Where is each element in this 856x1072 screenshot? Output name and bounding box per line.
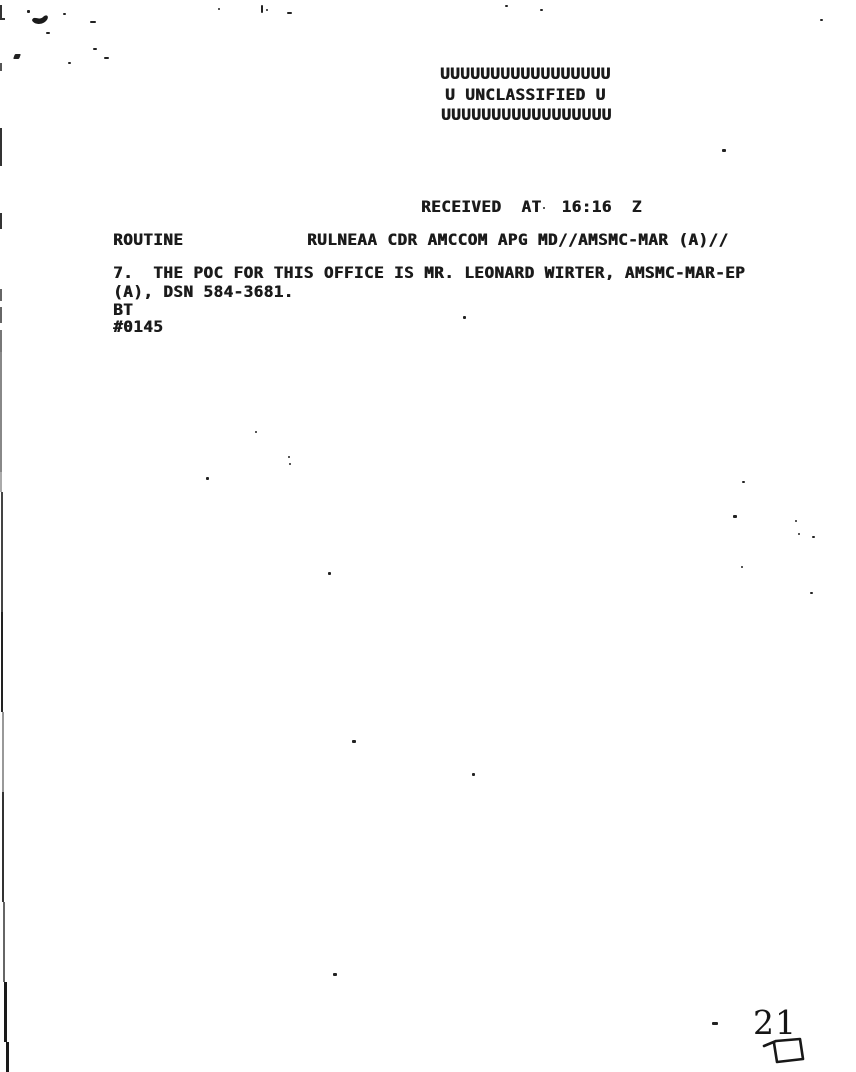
edge-segment <box>0 63 2 71</box>
routing-line: RULNEAA CDR AMCCOM APG MD//AMSMC-MAR (A)… <box>307 230 728 249</box>
scan-speck <box>798 533 800 535</box>
scan-speck <box>289 463 291 465</box>
precedence-label: ROUTINE <box>113 230 183 249</box>
edge-segment <box>0 472 2 492</box>
edge-segment <box>0 330 2 352</box>
scan-speck <box>255 431 257 433</box>
edge-segment <box>3 902 5 982</box>
scan-speck <box>261 5 263 13</box>
scan-speck <box>46 32 50 34</box>
scan-speck <box>13 54 21 59</box>
edge-segment <box>1 492 3 612</box>
scan-speck <box>820 19 823 21</box>
scan-speck <box>68 62 71 64</box>
scanned-document-page: UUUUUUUUUUUUUUUUU U UNCLASSIFIED U UUUUU… <box>0 0 856 1072</box>
scan-speck <box>795 520 797 522</box>
edge-segment <box>0 352 2 472</box>
scan-speck <box>104 57 109 59</box>
scan-speck <box>741 566 743 568</box>
scan-speck <box>27 10 30 13</box>
scan-speck <box>733 515 737 518</box>
scan-speck <box>266 9 268 11</box>
edge-segment <box>4 982 7 1042</box>
scan-speck <box>206 477 209 480</box>
edge-segment <box>6 1042 9 1072</box>
scan-speck <box>333 973 337 976</box>
edge-segment <box>2 712 4 792</box>
handwritten-box-mark <box>755 1030 809 1070</box>
scan-speck <box>287 12 292 14</box>
banner-bottom-row: UUUUUUUUUUUUUUUUU <box>441 105 612 124</box>
scan-speck <box>472 773 475 776</box>
scan-speck <box>742 481 745 483</box>
scan-speck <box>90 21 96 23</box>
scan-speck <box>812 536 815 538</box>
scan-speck <box>722 149 726 152</box>
body-line-2: (A), DSN 584-3681. <box>113 282 294 301</box>
received-timestamp-line: RECEIVED AT 16:16 Z <box>421 197 642 216</box>
banner-classification-text: U UNCLASSIFIED U <box>445 85 606 104</box>
ink-scribble-mark <box>29 11 53 27</box>
edge-segment <box>0 307 2 323</box>
edge-segment <box>2 18 5 20</box>
scan-speck <box>543 207 545 209</box>
scan-speck <box>93 48 97 50</box>
body-line-1: 7. THE POC FOR THIS OFFICE IS MR. LEONAR… <box>113 263 745 282</box>
scan-speck <box>463 316 466 319</box>
banner-top-row: UUUUUUUUUUUUUUUUU <box>440 64 611 83</box>
scan-speck <box>328 572 331 575</box>
edge-segment <box>2 792 4 902</box>
scan-speck <box>540 9 543 11</box>
scan-speck <box>218 8 220 10</box>
scan-speck <box>810 592 813 594</box>
scan-speck <box>63 13 66 15</box>
edge-segment <box>0 213 2 229</box>
scan-speck <box>712 1022 718 1025</box>
edge-segment <box>0 289 2 301</box>
edge-segment <box>0 128 2 166</box>
scan-speck <box>505 5 508 7</box>
scan-speck <box>352 740 356 743</box>
body-line-4: #0145 <box>113 317 163 336</box>
edge-segment <box>1 612 3 712</box>
scan-speck <box>288 456 290 458</box>
